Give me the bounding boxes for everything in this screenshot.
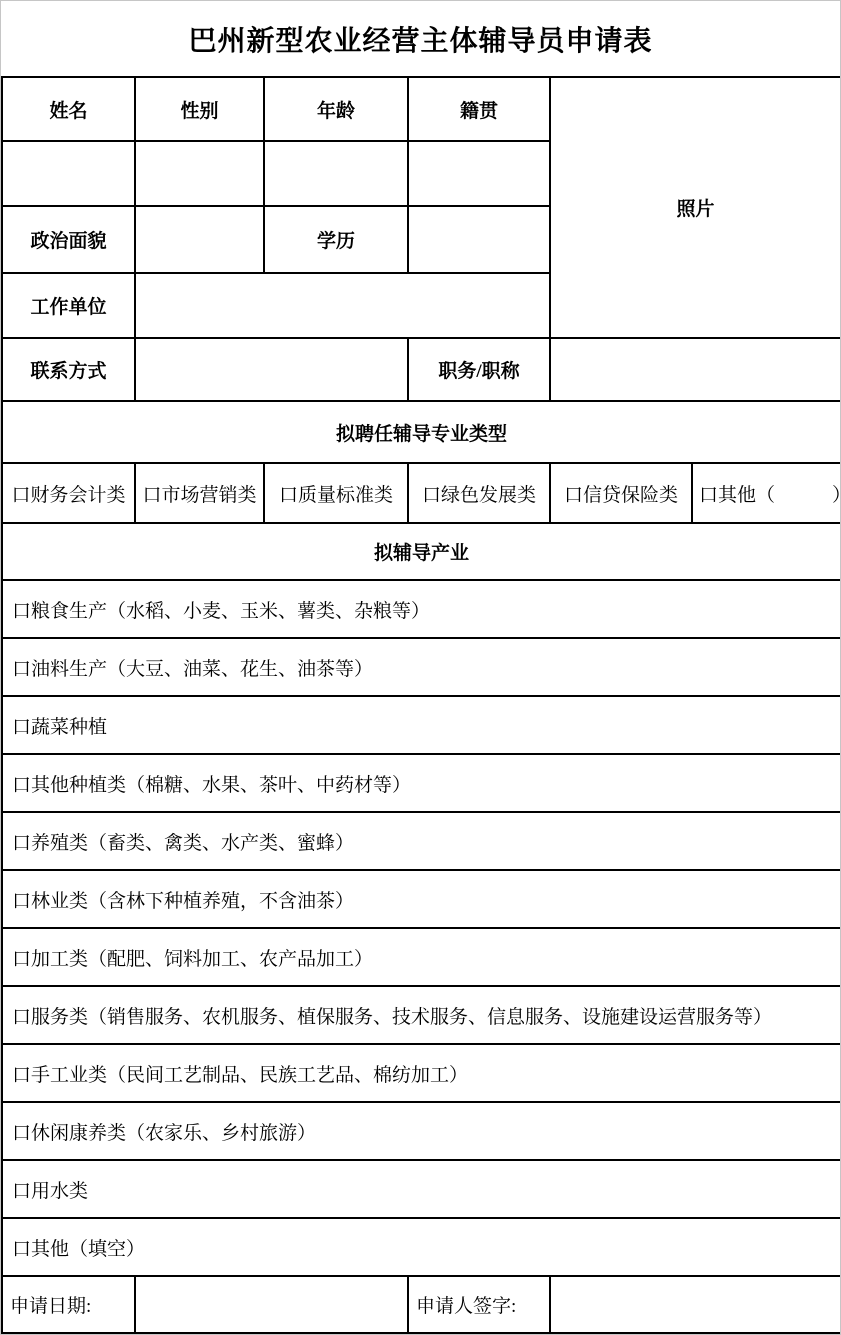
contact-value-cell[interactable]: [135, 338, 408, 401]
table-row: 口油料生产（大豆、油菜、花生、油茶等）: [2, 638, 841, 696]
table-row: 口手工业类（民间工艺制品、民族工艺品、棉纺加工）: [2, 1044, 841, 1102]
table-row: 口蔬菜种植: [2, 696, 841, 754]
name-label: 姓名: [2, 77, 135, 141]
photo-cell[interactable]: 照片: [550, 77, 841, 338]
table-row: 口其他（填空）: [2, 1218, 841, 1276]
specialty-option-credit-insurance[interactable]: 口信贷保险类: [550, 463, 692, 523]
application-form-page: 巴州新型农业经营主体辅导员申请表 姓名 性别 年龄 籍贯 照片 政治: [0, 0, 841, 1335]
table-row: 口服务类（销售服务、农机服务、植保服务、技术服务、信息服务、设施建设运营服务等）: [2, 986, 841, 1044]
education-value-cell[interactable]: [408, 206, 550, 273]
table-row: 姓名 性别 年龄 籍贯 照片: [2, 77, 841, 141]
contact-label: 联系方式: [2, 338, 135, 401]
specialty-option-other[interactable]: 口其他（ ）: [692, 463, 841, 523]
origin-label: 籍贯: [408, 77, 550, 141]
table-row: 联系方式 职务/职称: [2, 338, 841, 401]
industry-option-oil-production[interactable]: 口油料生产（大豆、油菜、花生、油茶等）: [2, 638, 841, 696]
table-row: 拟聘任辅导专业类型: [2, 401, 841, 463]
form-title-bar: 巴州新型农业经营主体辅导员申请表: [1, 1, 840, 76]
table-row: 拟辅导产业: [2, 523, 841, 580]
specialty-section-heading: 拟聘任辅导专业类型: [2, 401, 841, 463]
industry-option-forestry[interactable]: 口林业类（含林下种植养殖，不含油茶）: [2, 870, 841, 928]
position-title-value-cell[interactable]: [550, 338, 841, 401]
application-date-value-cell[interactable]: [135, 1276, 408, 1333]
table-row: 口林业类（含林下种植养殖，不含油茶）: [2, 870, 841, 928]
name-value-cell[interactable]: [2, 141, 135, 206]
work-unit-value-cell[interactable]: [135, 273, 550, 338]
industry-section-heading: 拟辅导产业: [2, 523, 841, 580]
industry-option-leisure-wellness[interactable]: 口休闲康养类（农家乐、乡村旅游）: [2, 1102, 841, 1160]
table-row: 口粮食生产（水稻、小麦、玉米、薯类、杂粮等）: [2, 580, 841, 638]
gender-value-cell[interactable]: [135, 141, 264, 206]
industry-option-breeding[interactable]: 口养殖类（畜类、禽类、水产类、蜜蜂）: [2, 812, 841, 870]
specialty-option-green-development[interactable]: 口绿色发展类: [408, 463, 550, 523]
political-status-value-cell[interactable]: [135, 206, 264, 273]
specialty-option-finance-accounting[interactable]: 口财务会计类: [2, 463, 135, 523]
table-row: 口财务会计类 口市场营销类 口质量标准类 口绿色发展类 口信贷保险类 口其他（ …: [2, 463, 841, 523]
origin-value-cell[interactable]: [408, 141, 550, 206]
industry-option-processing[interactable]: 口加工类（配肥、饲料加工、农产品加工）: [2, 928, 841, 986]
page-title: 巴州新型农业经营主体辅导员申请表: [188, 19, 652, 59]
industry-option-handicraft[interactable]: 口手工业类（民间工艺制品、民族工艺品、棉纺加工）: [2, 1044, 841, 1102]
specialty-option-quality-standards[interactable]: 口质量标准类: [264, 463, 408, 523]
applicant-signature-value-cell[interactable]: [550, 1276, 841, 1333]
industry-option-grain-production[interactable]: 口粮食生产（水稻、小麦、玉米、薯类、杂粮等）: [2, 580, 841, 638]
application-form-table: 姓名 性别 年龄 籍贯 照片 政治面貌 学历 工作单位 联系方式: [1, 76, 841, 1334]
industry-option-services[interactable]: 口服务类（销售服务、农机服务、植保服务、技术服务、信息服务、设施建设运营服务等）: [2, 986, 841, 1044]
table-row: 口用水类: [2, 1160, 841, 1218]
industry-option-other[interactable]: 口其他（填空）: [2, 1218, 841, 1276]
table-row: 口养殖类（畜类、禽类、水产类、蜜蜂）: [2, 812, 841, 870]
age-label: 年龄: [264, 77, 408, 141]
application-date-label: 申请日期:: [2, 1276, 135, 1333]
work-unit-label: 工作单位: [2, 273, 135, 338]
table-row: 口休闲康养类（农家乐、乡村旅游）: [2, 1102, 841, 1160]
industry-option-water-use[interactable]: 口用水类: [2, 1160, 841, 1218]
applicant-signature-label: 申请人签字:: [408, 1276, 550, 1333]
political-status-label: 政治面貌: [2, 206, 135, 273]
industry-option-vegetable-planting[interactable]: 口蔬菜种植: [2, 696, 841, 754]
table-row: 口加工类（配肥、饲料加工、农产品加工）: [2, 928, 841, 986]
table-row: 口其他种植类（棉糖、水果、茶叶、中药材等）: [2, 754, 841, 812]
industry-option-other-planting[interactable]: 口其他种植类（棉糖、水果、茶叶、中药材等）: [2, 754, 841, 812]
position-title-label: 职务/职称: [408, 338, 550, 401]
age-value-cell[interactable]: [264, 141, 408, 206]
specialty-option-marketing[interactable]: 口市场营销类: [135, 463, 264, 523]
table-row: 申请日期: 申请人签字:: [2, 1276, 841, 1333]
education-label: 学历: [264, 206, 408, 273]
gender-label: 性别: [135, 77, 264, 141]
